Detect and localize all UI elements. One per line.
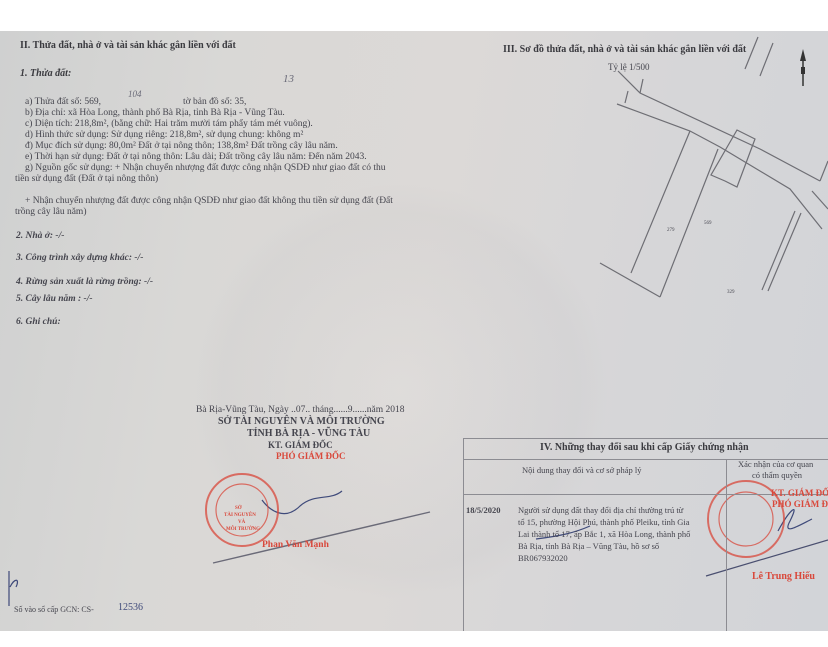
- confirm-title-1: KT. GIÁM ĐỐC: [771, 488, 828, 499]
- certificate-page: II. Thửa đất, nhà ở và tài sản khác gắn …: [0, 31, 828, 631]
- col-confirmation-2: có thẩm quyền: [752, 470, 802, 481]
- parcel-label-329: 329: [727, 287, 735, 298]
- parcel-label-569: 569: [704, 218, 712, 229]
- registry-number: 12536: [118, 602, 143, 613]
- section-4-heading: IV. Những thay đổi sau khi cấp Giấy chứn…: [540, 442, 749, 453]
- registry-number-label: Số vào sổ cấp GCN: CS-: [14, 604, 94, 615]
- col-change-content: Nội dung thay đổi và cơ sở pháp lý: [522, 465, 641, 476]
- stamp-text: MÔI TRƯỜNG: [226, 524, 260, 535]
- signer-title-2: PHÓ GIÁM ĐỐC: [276, 451, 346, 462]
- signer-title-1: KT. GIÁM ĐỐC: [268, 440, 333, 451]
- issuer-province: TỈNH BÀ RỊA - VŨNG TÀU: [247, 428, 370, 439]
- place-date: Bà Rịa-Vũng Tàu, Ngày ..07.. tháng......…: [196, 405, 405, 416]
- change-line: BR067932020: [518, 553, 568, 564]
- issuer-org: SỞ TÀI NGUYÊN VÀ MÔI TRƯỜNG: [218, 416, 385, 427]
- col-confirmation-1: Xác nhận của cơ quan: [738, 459, 813, 470]
- change-line: Lai thành tổ 17, ấp Bắc 1, xã Hòa Long, …: [518, 529, 690, 540]
- confirm-signer: Lê Trung Hiếu: [752, 571, 815, 582]
- confirm-title-2: PHÓ GIÁM ĐỐC: [772, 499, 828, 510]
- parcel-label-279: 279: [667, 225, 675, 236]
- change-line: tổ 15, phường Hội Phú, thành phố Pleiku,…: [518, 517, 690, 528]
- change-date: 18/5/2020: [466, 505, 500, 516]
- change-line: Người sử dụng đất thay đổi địa chỉ thườn…: [518, 505, 683, 516]
- change-line: Bà Rịa, tỉnh Bà Rịa – Vũng Tàu, hồ sơ số: [518, 541, 659, 552]
- north-arrow-icon: [800, 49, 806, 86]
- signer-name: Phan Văn Mạnh: [262, 540, 329, 551]
